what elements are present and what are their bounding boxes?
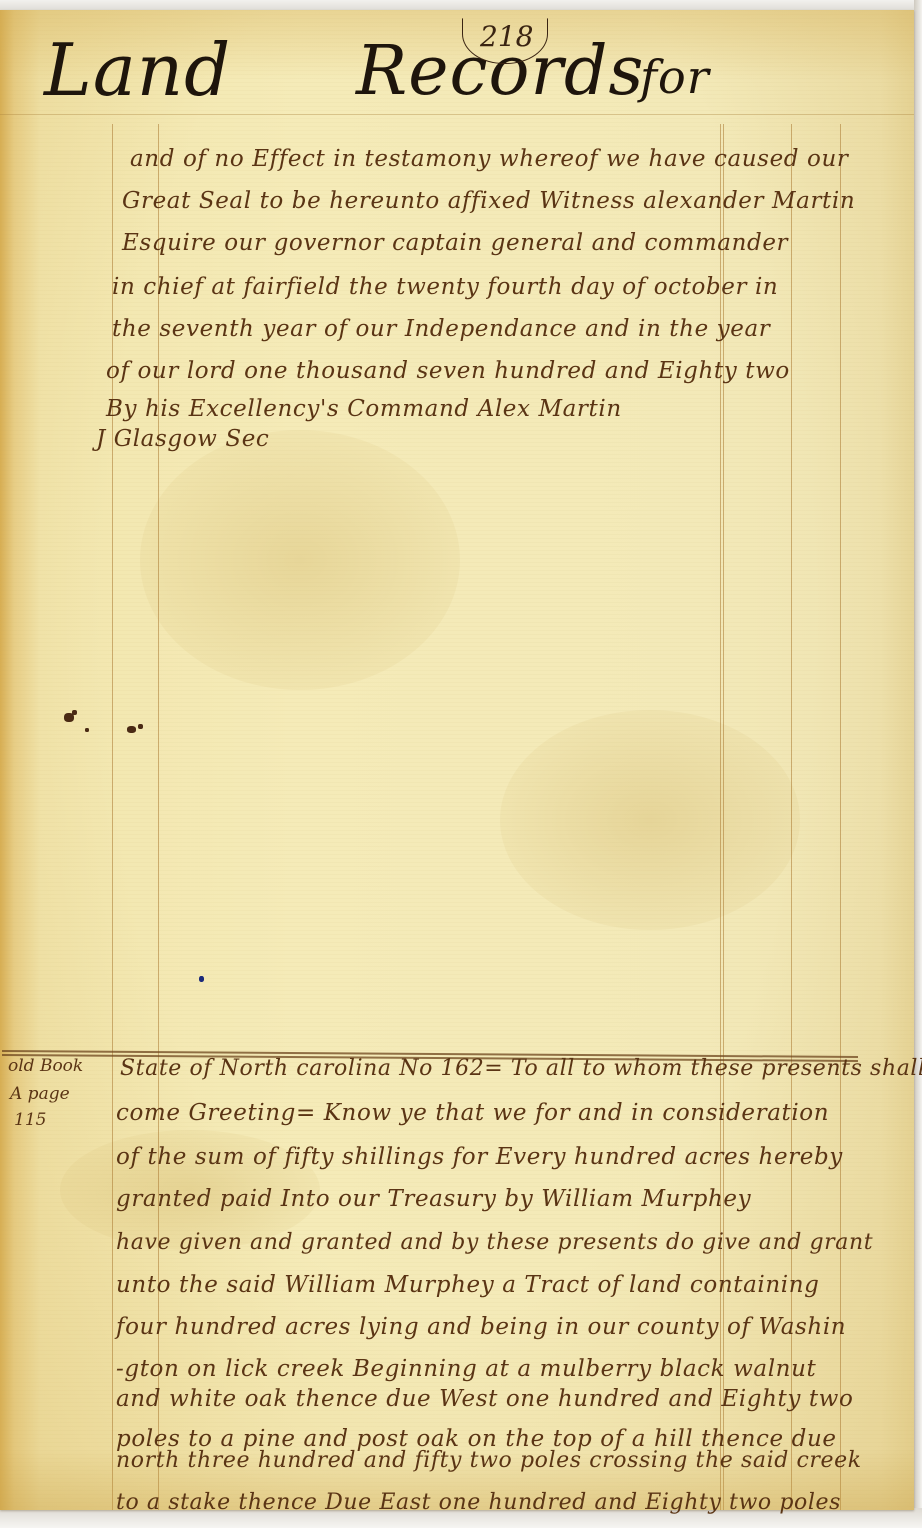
ink-blot: [85, 728, 89, 732]
text-line: and white oak thence due West one hundre…: [116, 1386, 853, 1412]
text-line: and of no Effect in testamony whereof we…: [130, 146, 848, 172]
text-line: to a stake thence Due East one hundred a…: [116, 1490, 841, 1515]
scan-background-right: [914, 0, 922, 1528]
text-line: of the sum of fifty shillings for Every …: [116, 1144, 843, 1170]
text-line: -gton on lick creek Beginning at a mulbe…: [116, 1356, 816, 1382]
blue-ink-dot: [199, 976, 204, 982]
text-line: unto the said William Murphey a Tract of…: [116, 1272, 819, 1298]
text-line: in chief at fairfield the twenty fourth …: [112, 274, 778, 300]
ink-blot: [72, 710, 77, 715]
ink-blot: [127, 726, 136, 733]
page-title: Land Records for: [0, 10, 914, 130]
text-line: have given and granted and by these pres…: [116, 1230, 873, 1255]
margin-note-line: old Book: [8, 1056, 83, 1076]
text-line: the seventh year of our Independance and…: [112, 316, 770, 342]
column-rule: [840, 124, 841, 1510]
margin-note-line: 115: [14, 1110, 46, 1130]
ink-blot: [138, 724, 143, 729]
folio-number: 218: [480, 20, 533, 53]
ledger-page: Land Records for 218 and of no Effect in…: [0, 10, 914, 1510]
text-line: north three hundred and fifty two poles …: [116, 1448, 862, 1473]
text-line: Great Seal to be hereunto affixed Witnes…: [122, 188, 855, 214]
text-line: Esquire our governor captain general and…: [122, 230, 788, 256]
text-line: come Greeting= Know ye that we for and i…: [116, 1100, 829, 1126]
signature-line: By his Excellency's Command Alex Martin: [106, 396, 622, 422]
secretary-signature: J Glasgow Sec: [96, 426, 269, 452]
title-word-for: for: [640, 50, 710, 104]
paper-stain: [140, 430, 460, 690]
text-line: of our lord one thousand seven hundred a…: [106, 358, 790, 384]
text-line: four hundred acres lying and being in ou…: [116, 1314, 846, 1340]
text-line: granted paid Into our Treasury by Willia…: [116, 1186, 751, 1212]
margin-note-line: A page: [10, 1084, 70, 1104]
column-rule: [791, 124, 792, 1510]
paper-stain: [500, 710, 800, 930]
text-line: State of North carolina No 162= To all t…: [120, 1056, 922, 1081]
title-word-land: Land: [44, 28, 231, 112]
